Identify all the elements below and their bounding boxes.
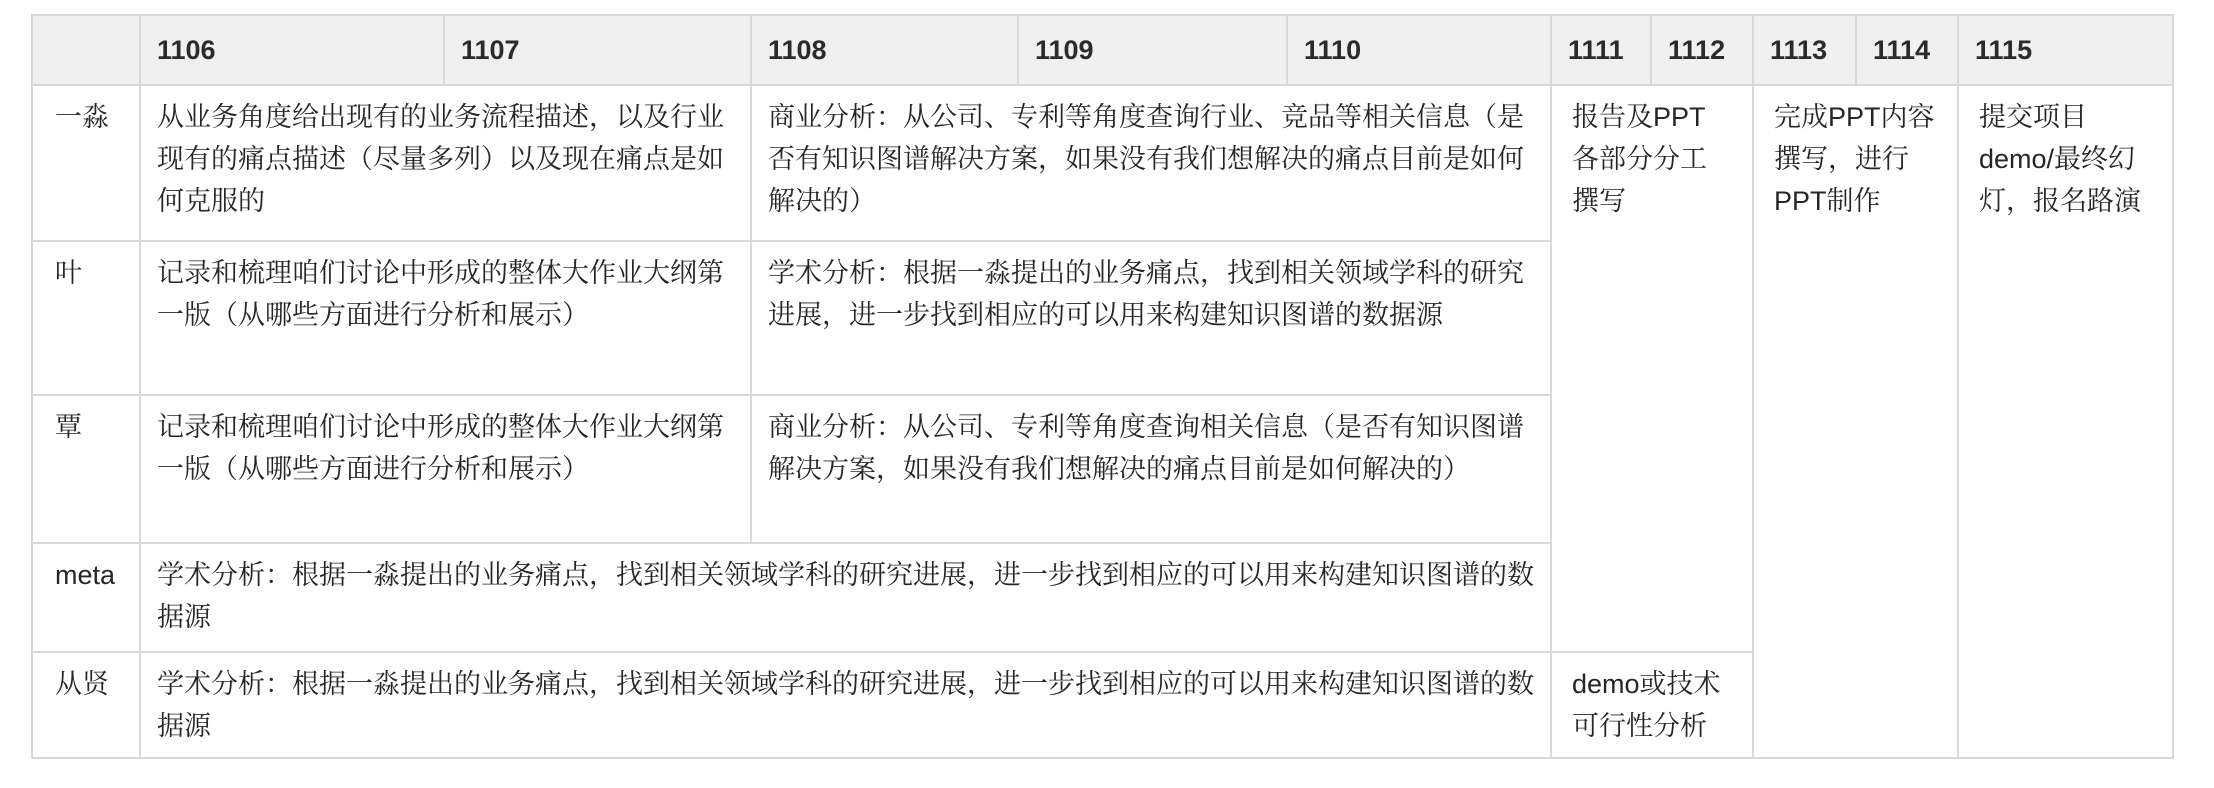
column-header-1112: 1112 — [1651, 15, 1753, 85]
cell-submit-demo-roadshow: 提交项目demo/最终幻灯，报名路演 — [1958, 85, 2173, 758]
column-header-1109: 1109 — [1018, 15, 1287, 85]
corner-header-cell — [32, 15, 140, 85]
page: 1106 1107 1108 1109 1110 1111 1112 1113 … — [0, 0, 2214, 788]
cell-yimiao-1106-1107: 从业务角度给出现有的业务流程描述，以及行业现有的痛点描述（尽量多列）以及现在痛点… — [140, 85, 751, 241]
column-header-1107: 1107 — [444, 15, 751, 85]
column-header-1113: 1113 — [1753, 15, 1856, 85]
header-row: 1106 1107 1108 1109 1110 1111 1112 1113 … — [32, 15, 2173, 85]
row-header-ye: 叶 — [32, 241, 140, 395]
cell-yimiao-1108-1110: 商业分析：从公司、专利等角度查询行业、竞品等相关信息（是否有知识图谱解决方案，如… — [751, 85, 1551, 241]
row-header-qin: 覃 — [32, 395, 140, 543]
column-header-1114: 1114 — [1856, 15, 1958, 85]
cell-qin-1108-1110: 商业分析：从公司、专利等角度查询相关信息（是否有知识图谱解决方案，如果没有我们想… — [751, 395, 1551, 543]
cell-qin-1106-1107: 记录和梳理咱们讨论中形成的整体大作业大纲第一版（从哪些方面进行分析和展示） — [140, 395, 751, 543]
cell-ye-1108-1110: 学术分析：根据一淼提出的业务痛点，找到相关领域学科的研究进展，进一步找到相应的可… — [751, 241, 1551, 395]
column-header-1108: 1108 — [751, 15, 1018, 85]
cell-meta-1106-1110: 学术分析：根据一淼提出的业务痛点，找到相关领域学科的研究进展，进一步找到相应的可… — [140, 543, 1551, 652]
column-header-1115: 1115 — [1958, 15, 2173, 85]
cell-congxian-1106-1110: 学术分析：根据一淼提出的业务痛点，找到相关领域学科的研究进展，进一步找到相应的可… — [140, 652, 1551, 758]
cell-report-ppt-division: 报告及PPT各部分分工撰写 — [1551, 85, 1753, 652]
cell-ppt-content-production: 完成PPT内容撰写，进行PPT制作 — [1753, 85, 1958, 758]
row-header-yimiao: 一淼 — [32, 85, 140, 241]
row-header-meta: meta — [32, 543, 140, 652]
task-schedule-table: 1106 1107 1108 1109 1110 1111 1112 1113 … — [31, 14, 2174, 759]
row-yimiao: 一淼 从业务角度给出现有的业务流程描述，以及行业现有的痛点描述（尽量多列）以及现… — [32, 85, 2173, 241]
column-header-1106: 1106 — [140, 15, 444, 85]
column-header-1111: 1111 — [1551, 15, 1651, 85]
cell-ye-1106-1107: 记录和梳理咱们讨论中形成的整体大作业大纲第一版（从哪些方面进行分析和展示） — [140, 241, 751, 395]
row-header-congxian: 从贤 — [32, 652, 140, 758]
cell-demo-feasibility: demo或技术可行性分析 — [1551, 652, 1753, 758]
column-header-1110: 1110 — [1287, 15, 1551, 85]
